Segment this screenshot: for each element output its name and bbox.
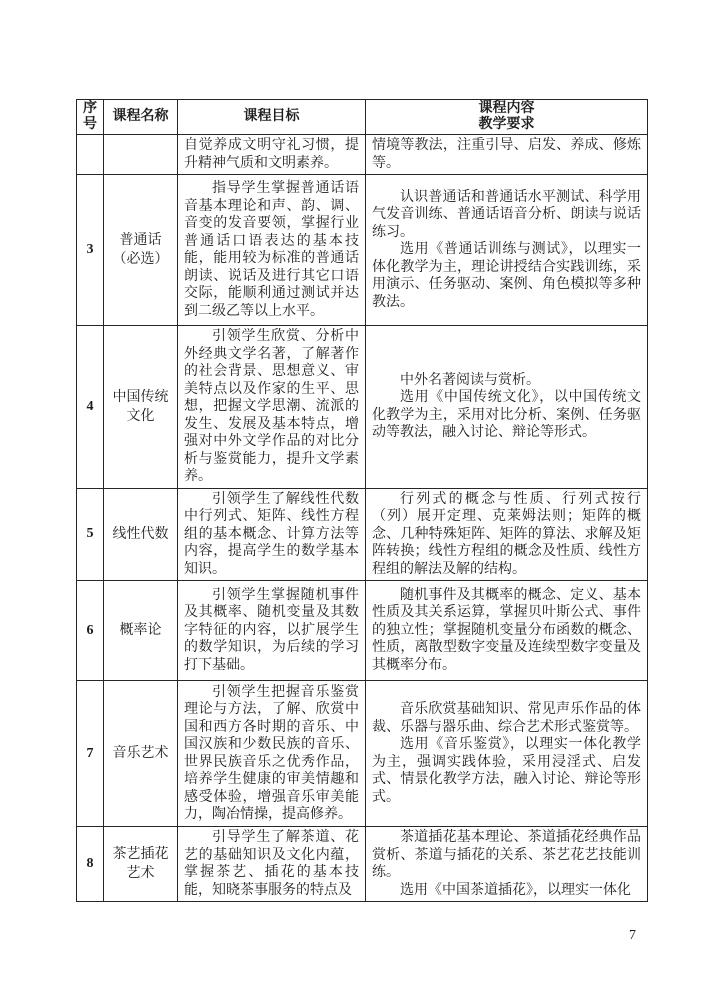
- header-seq: 序号: [77, 100, 104, 135]
- table-row: 自觉养成文明守礼习惯，提升精神气质和文明素养。情境等教法，注重引导、启发、养成、…: [77, 135, 648, 175]
- row-course-name: 中国传统文化: [104, 326, 178, 489]
- row-content: 中外名著阅读与赏析。选用《中国传统文化》，以中国传统文化教学为主，采用对比分析、…: [366, 326, 648, 489]
- course-name-line: 普通话: [106, 231, 175, 250]
- course-name-line: 茶艺插花: [106, 845, 175, 864]
- row-content: 情境等教法，注重引导、启发、养成、修炼等。: [366, 135, 648, 175]
- objective-paragraph: 引领学生把握音乐鉴赏理论与方法，了解、欣赏中国和西方各时期的音乐、中国汉族和少数…: [184, 684, 359, 824]
- table-row: 7音乐艺术引领学生把握音乐鉴赏理论与方法，了解、欣赏中国和西方各时期的音乐、中国…: [77, 681, 648, 827]
- row-seq: [77, 135, 104, 175]
- course-name-line: 文化: [106, 407, 175, 426]
- row-content: 茶道插花基本理论、茶道插花经典作品赏析、茶道与插花的关系、茶艺花艺技能训练。选用…: [366, 827, 648, 902]
- table-body: 自觉养成文明守礼习惯，提升精神气质和文明素养。情境等教法，注重引导、启发、养成、…: [77, 135, 648, 902]
- row-seq: 8: [77, 827, 104, 902]
- header-objectives: 课程目标: [178, 100, 366, 135]
- objective-paragraph: 引导学生了解茶道、花艺的基础知识及文化内蕴，掌握茶艺、插花的基本技能，知晓茶事服…: [184, 829, 359, 899]
- content-paragraph: 选用《中国传统文化》，以中国传统文化教学为主，采用对比分析、案例、任务驱动等教法…: [372, 389, 641, 442]
- header-row: 序号 课程名称 课程目标 课程内容 教学要求: [77, 100, 648, 135]
- row-course-name: [104, 135, 178, 175]
- content-paragraph: 选用《音乐鉴赏》，以理实一体化教学为主，强调实践体验，采用浸淫式、启发式、情景化…: [372, 736, 641, 806]
- row-objectives: 引领学生欣赏、分析中外经典文学名著，了解著作的社会背景、思想意义、审美特点以及作…: [178, 326, 366, 489]
- course-name-line: 中国传统: [106, 388, 175, 407]
- content-paragraph: 音乐欣赏基础知识、常见声乐作品的体裁、乐器与器乐曲、综合艺术形式鉴赏等。: [372, 701, 641, 736]
- page-number: 7: [629, 928, 636, 944]
- table-row: 5线性代数引领学生了解线性代数中行列式、矩阵、线性方程组的基本概念、计算方法等内…: [77, 488, 648, 581]
- row-seq: 5: [77, 488, 104, 581]
- header-course-name: 课程名称: [104, 100, 178, 135]
- table-row: 3普通话（必选）指导学生掌握普通话语音基本理论和声、韵、调、音变的发音要领，掌握…: [77, 175, 648, 326]
- row-objectives: 引领学生掌握随机事件及其概率、随机变量及其数字特征的内容，以扩展学生的数学知识，…: [178, 581, 366, 681]
- row-course-name: 茶艺插花艺术: [104, 827, 178, 902]
- row-objectives: 引领学生了解线性代数中行列式、矩阵、线性方程组的基本概念、计算方法等内容，提高学…: [178, 488, 366, 581]
- row-objectives: 引导学生了解茶道、花艺的基础知识及文化内蕴，掌握茶艺、插花的基本技能，知晓茶事服…: [178, 827, 366, 902]
- content-paragraph: 情境等教法，注重引导、启发、养成、修炼等。: [372, 137, 641, 172]
- objective-paragraph: 引领学生了解线性代数中行列式、矩阵、线性方程组的基本概念、计算方法等内容，提高学…: [184, 491, 359, 579]
- objective-paragraph: 自觉养成文明守礼习惯，提升精神气质和文明素养。: [184, 137, 359, 172]
- content-paragraph: 选用《普通话训练与测试》，以理实一体化教学为主，理论讲授结合实践训练，采用演示、…: [372, 241, 641, 311]
- objective-paragraph: 引领学生欣赏、分析中外经典文学名著，了解著作的社会背景、思想意义、审美特点以及作…: [184, 328, 359, 486]
- header-content: 课程内容 教学要求: [366, 100, 648, 135]
- row-objectives: 指导学生掌握普通话语音基本理论和声、韵、调、音变的发音要领，掌握行业普通话口语表…: [178, 175, 366, 326]
- row-seq: 3: [77, 175, 104, 326]
- course-name-line: （必选）: [106, 250, 175, 269]
- row-course-name: 线性代数: [104, 488, 178, 581]
- content-paragraph: 中外名著阅读与赏析。: [372, 372, 641, 390]
- table-row: 8茶艺插花艺术引导学生了解茶道、花艺的基础知识及文化内蕴，掌握茶艺、插花的基本技…: [77, 827, 648, 902]
- row-course-name: 音乐艺术: [104, 681, 178, 827]
- row-content: 音乐欣赏基础知识、常见声乐作品的体裁、乐器与器乐曲、综合艺术形式鉴赏等。选用《音…: [366, 681, 648, 827]
- course-table: 序号 课程名称 课程目标 课程内容 教学要求 自觉养成文明守礼习惯，提升精神气质…: [76, 99, 648, 902]
- content-paragraph: 随机事件及其概率的概念、定义、基本性质及其关系运算，掌握贝叶斯公式、事件的独立性…: [372, 587, 641, 675]
- course-name-line: 概率论: [106, 621, 175, 640]
- course-name-line: 音乐艺术: [106, 744, 175, 763]
- row-seq: 6: [77, 581, 104, 681]
- row-content: 随机事件及其概率的概念、定义、基本性质及其关系运算，掌握贝叶斯公式、事件的独立性…: [366, 581, 648, 681]
- content-paragraph: 认识普通话和普通话水平测试、科学用气发音训练、普通话语音分析、朗读与说话练习。: [372, 189, 641, 242]
- row-content: 认识普通话和普通话水平测试、科学用气发音训练、普通话语音分析、朗读与说话练习。选…: [366, 175, 648, 326]
- row-course-name: 普通话（必选）: [104, 175, 178, 326]
- table-row: 6概率论引领学生掌握随机事件及其概率、随机变量及其数字特征的内容，以扩展学生的数…: [77, 581, 648, 681]
- header-content-line1: 课程内容: [368, 101, 645, 117]
- objective-paragraph: 指导学生掌握普通话语音基本理论和声、韵、调、音变的发音要领，掌握行业普通话口语表…: [184, 180, 359, 320]
- course-name-line: 艺术: [106, 864, 175, 883]
- content-paragraph: 茶道插花基本理论、茶道插花经典作品赏析、茶道与插花的关系、茶艺花艺技能训练。: [372, 829, 641, 882]
- row-seq: 7: [77, 681, 104, 827]
- row-objectives: 自觉养成文明守礼习惯，提升精神气质和文明素养。: [178, 135, 366, 175]
- course-name-line: 线性代数: [106, 525, 175, 544]
- header-content-line2: 教学要求: [368, 117, 645, 133]
- content-paragraph: 行列式的概念与性质、行列式按行（列）展开定理、克莱姆法则；矩阵的概念、几种特殊矩…: [372, 491, 641, 579]
- row-course-name: 概率论: [104, 581, 178, 681]
- table-row: 4中国传统文化引领学生欣赏、分析中外经典文学名著，了解著作的社会背景、思想意义、…: [77, 326, 648, 489]
- row-objectives: 引领学生把握音乐鉴赏理论与方法，了解、欣赏中国和西方各时期的音乐、中国汉族和少数…: [178, 681, 366, 827]
- objective-paragraph: 引领学生掌握随机事件及其概率、随机变量及其数字特征的内容，以扩展学生的数学知识，…: [184, 587, 359, 675]
- content-paragraph: 选用《中国茶道插花》，以理实一体化: [372, 882, 641, 900]
- row-seq: 4: [77, 326, 104, 489]
- row-content: 行列式的概念与性质、行列式按行（列）展开定理、克莱姆法则；矩阵的概念、几种特殊矩…: [366, 488, 648, 581]
